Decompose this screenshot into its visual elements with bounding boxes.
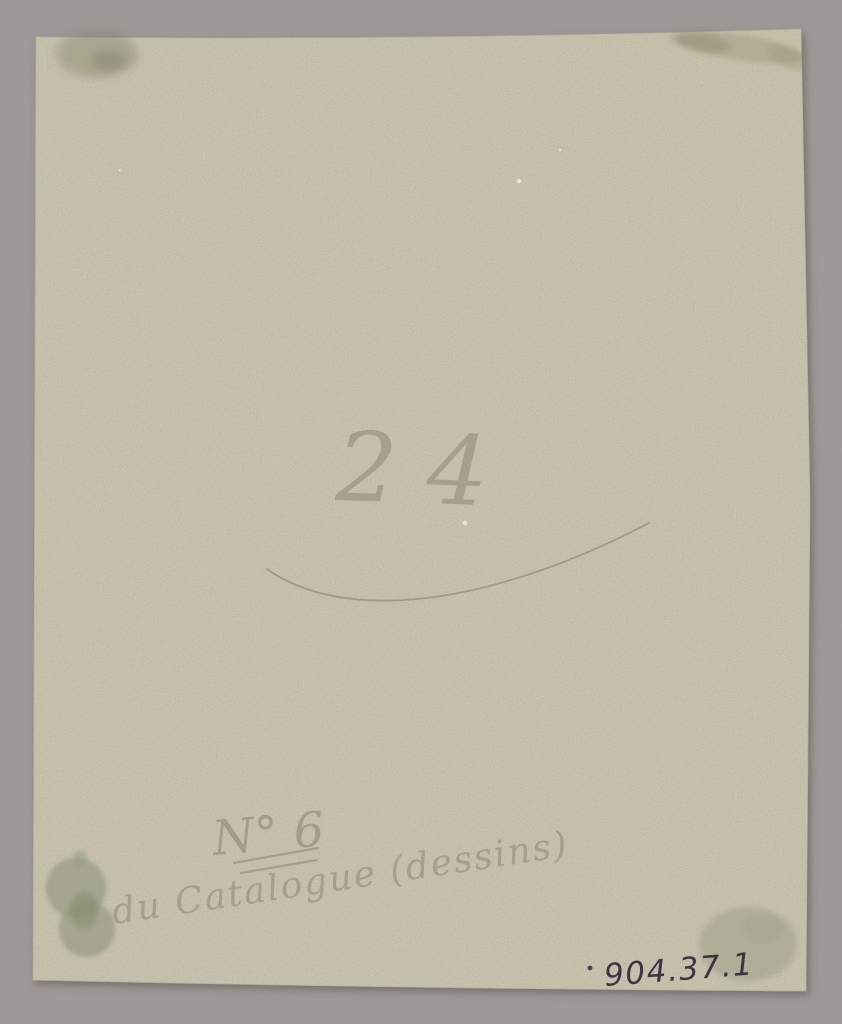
verso-photograph: 24 N° 6 du Catalogue (dessins) 904.37.1 <box>0 0 842 1024</box>
inscription-center-number: 24 <box>333 411 520 529</box>
stain-top-left <box>56 30 138 78</box>
ink-dot <box>588 966 593 971</box>
